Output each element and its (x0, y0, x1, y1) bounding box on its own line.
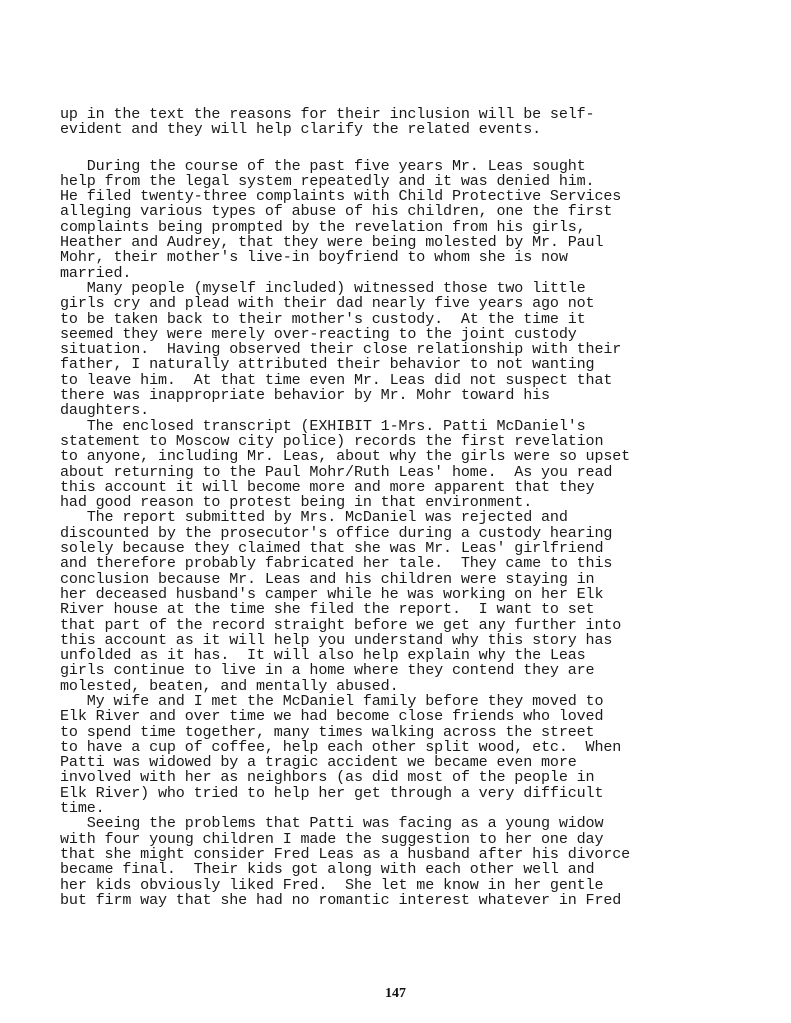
paragraph-gap (60, 138, 760, 159)
text-line: but firm way that she had no romantic in… (60, 893, 760, 908)
document-page: up in the text the reasons for their inc… (0, 0, 791, 1023)
text-line: Elk River) who tried to help her get thr… (60, 786, 760, 801)
text-line: evident and they will help clarify the r… (60, 122, 760, 137)
body-text: up in the text the reasons for their inc… (60, 107, 760, 908)
text-line: Mohr, their mother's live-in boyfriend t… (60, 250, 760, 265)
page-number: 147 (0, 986, 791, 1002)
text-line: there was inappropriate behavior by Mr. … (60, 388, 760, 403)
